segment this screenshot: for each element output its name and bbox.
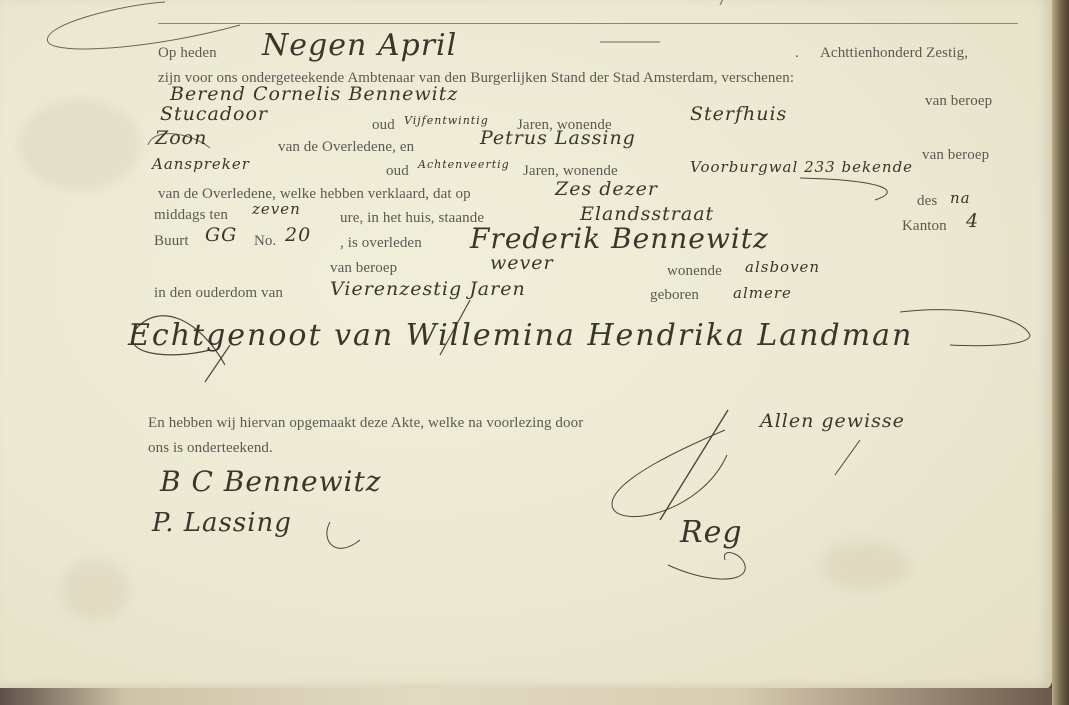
printed-oud-1: oud — [372, 117, 395, 134]
printed-closing-2: ons is onderteekend. — [148, 440, 273, 457]
printed-is-overleden: , is overleden — [340, 235, 422, 252]
printed-closing-1: En hebben wij hiervan opgemaakt deze Akt… — [148, 415, 583, 432]
register-page: Op heden Negen April . Achttienhonderd Z… — [0, 0, 1052, 690]
handwritten-declarant2-residence: Voorburgwal 233 bekende — [690, 158, 913, 176]
handwritten-declarant1-relation: Zoon — [155, 127, 207, 149]
handwritten-house-no: 20 — [285, 224, 311, 246]
handwritten-declarant1-name: Berend Cornelis Bennewitz — [170, 83, 458, 105]
handwritten-spouse-line: Echtgenoot van Willemina Hendrika Landma… — [128, 318, 913, 353]
handwritten-declarant1-occupation: Stucadoor — [160, 103, 268, 125]
handwritten-kanton: 4 — [966, 210, 979, 232]
printed-van-beroep-1: van beroep — [925, 93, 992, 110]
printed-year: Achttienhonderd Zestig, — [820, 45, 968, 62]
handwritten-deceased-occupation: wever — [490, 252, 554, 274]
paper-stain — [820, 540, 910, 590]
printed-geboren: geboren — [650, 287, 699, 304]
printed-van-beroep-2: van beroep — [922, 147, 989, 164]
printed-van-de-overledene-en: van de Overledene, en — [278, 139, 414, 156]
signature-official: Reg — [680, 515, 743, 550]
handwritten-deceased-birthplace: almere — [733, 284, 792, 302]
printed-verklaard: van de Overledene, welke hebben verklaar… — [158, 186, 471, 203]
printed-in-het-huis: ure, in het huis, staande — [340, 210, 484, 227]
handwritten-deceased-residence: alsboven — [745, 258, 820, 276]
handwritten-declarant2-age: Achtenveertig — [418, 158, 510, 171]
printed-wonende: wonende — [667, 263, 722, 280]
handwritten-time-period: na — [950, 189, 971, 207]
printed-no: No. — [254, 233, 276, 250]
printed-buurt: Buurt — [154, 233, 189, 250]
handwritten-deceased-age: Vierenzestig Jaren — [330, 278, 526, 300]
page-bottom-edge — [0, 688, 1052, 705]
handwritten-declarant1-residence: Sterfhuis — [690, 103, 787, 125]
paper-stain — [60, 560, 130, 620]
paper-stain — [20, 100, 140, 190]
printed-oud-2: oud — [386, 163, 409, 180]
handwritten-declarant2-occupation: Aanspreker — [152, 155, 250, 173]
printed-dot: . — [795, 45, 799, 62]
printed-kanton: Kanton — [902, 218, 947, 235]
handwritten-deceased-name: Frederik Bennewitz — [470, 222, 769, 255]
printed-des: des — [917, 193, 937, 210]
document-scan: Op heden Negen April . Achttienhonderd Z… — [0, 0, 1069, 705]
handwritten-date: Negen April — [262, 28, 457, 63]
printed-middags-ten: middags ten — [154, 207, 228, 224]
handwritten-buurt: GG — [205, 224, 237, 246]
printed-op-heden: Op heden — [158, 45, 217, 62]
header-rule — [158, 23, 1018, 24]
printed-ouderdom: in den ouderdom van — [154, 285, 283, 302]
handwritten-read-by: Allen gewisse — [760, 410, 905, 432]
handwritten-hour: zeven — [252, 200, 301, 218]
printed-van-beroep-3: van beroep — [330, 260, 397, 277]
book-binding-edge — [1052, 0, 1069, 705]
signature-declarant1: B C Bennewitz — [160, 465, 382, 498]
signature-declarant2: P. Lassing — [152, 508, 292, 538]
handwritten-declarant1-age: Vijfentwintig — [404, 114, 489, 127]
handwritten-death-date: Zes dezer — [555, 178, 658, 200]
handwritten-declarant2-name: Petrus Lassing — [480, 127, 636, 149]
